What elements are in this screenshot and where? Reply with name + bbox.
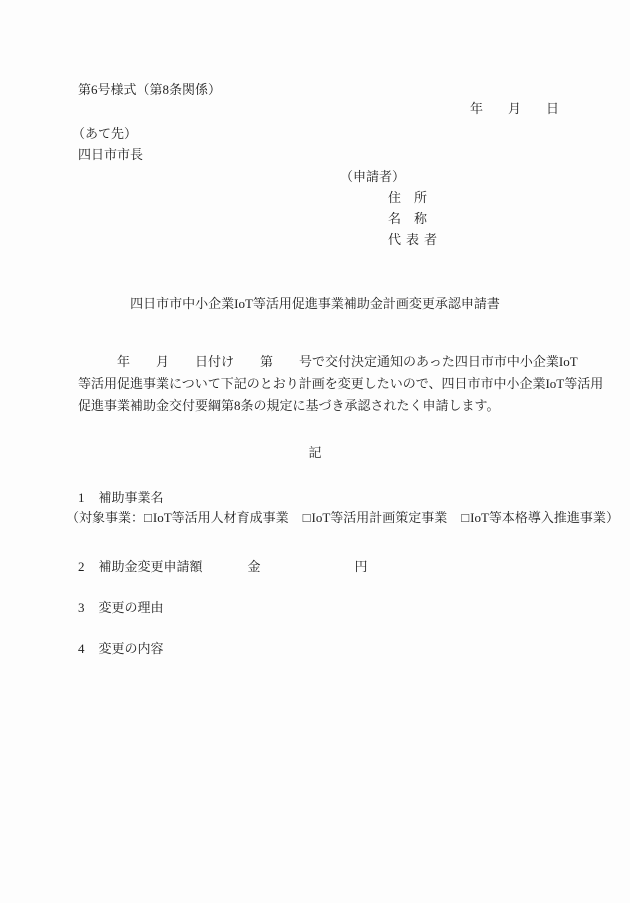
item-3-label: 変更の理由 bbox=[99, 600, 164, 616]
target-option-plan-formulation: □IoT等活用計画策定事業 bbox=[303, 510, 448, 526]
target-option-hr-development: □IoT等活用人材育成事業 bbox=[144, 510, 289, 526]
applicant-name-label: 名 称 bbox=[388, 211, 427, 227]
applicant-address-label: 住 所 bbox=[388, 190, 427, 206]
amount-prefix-label: 金 bbox=[248, 559, 261, 575]
body-paragraph-line: 等活用促進事業について下記のとおり計画を変更したいので、四日市市中小企業IoT等… bbox=[78, 373, 570, 395]
date-line: 年 月 日 bbox=[470, 101, 559, 117]
checkbox-full-introduction-icon[interactable]: □ bbox=[461, 510, 469, 525]
item-2-number: 2 bbox=[78, 559, 85, 575]
addressee-label: （あて先） bbox=[72, 126, 137, 142]
document-title: 四日市市中小企業IoT等活用促進事業補助金計画変更承認申請書 bbox=[0, 296, 630, 312]
ki-heading: 記 bbox=[0, 445, 630, 461]
target-option-full-introduction: □IoT等本格導入推進事業 bbox=[461, 510, 606, 526]
checkbox-hr-development-icon[interactable]: □ bbox=[144, 510, 152, 525]
date-month-label: 月 bbox=[508, 101, 521, 117]
body-paragraph-line: 年 月 日付け 第 号で交付決定通知のあった四日市市中小企業IoT bbox=[78, 351, 570, 373]
checkbox-plan-formulation-icon[interactable]: □ bbox=[303, 510, 311, 525]
item-2-label: 補助金変更申請額 bbox=[99, 559, 203, 575]
addressee-name: 四日市市長 bbox=[78, 147, 143, 163]
applicant-representative-label: 代表者 bbox=[388, 232, 442, 248]
target-option-label: IoT等活用計画策定事業 bbox=[312, 510, 448, 525]
item-3-number: 3 bbox=[78, 600, 85, 616]
item-4-number: 4 bbox=[78, 641, 85, 657]
item-subsidy-change-amount: 2 補助金変更申請額 金 円 bbox=[78, 559, 368, 575]
application-form-page: 第6号様式（第8条関係） 年 月 日 （あて先） 四日市市長 （申請者） 住 所… bbox=[0, 0, 630, 903]
body-paragraph: 年 月 日付け 第 号で交付決定通知のあった四日市市中小企業IoT 等活用促進事… bbox=[78, 351, 570, 417]
form-number: 第6号様式（第8条関係） bbox=[78, 82, 221, 98]
date-day-label: 日 bbox=[546, 101, 559, 117]
date-year-label: 年 bbox=[470, 101, 483, 117]
target-projects-closing: ） bbox=[606, 510, 619, 526]
item-change-reason: 3 変更の理由 bbox=[78, 600, 164, 616]
amount-unit-label: 円 bbox=[355, 559, 368, 575]
item-change-content: 4 変更の内容 bbox=[78, 641, 164, 657]
item-4-label: 変更の内容 bbox=[99, 641, 164, 657]
item-1-number: 1 bbox=[78, 490, 85, 506]
body-paragraph-line: 促進事業補助金交付要綱第8条の規定に基づき承認されたく申請します。 bbox=[78, 395, 570, 417]
target-option-label: IoT等本格導入推進事業 bbox=[470, 510, 606, 525]
item-subsidy-project-name: 1 補助事業名 bbox=[78, 490, 164, 506]
item-1-label: 補助事業名 bbox=[99, 490, 164, 506]
target-projects-opening: （対象事業： bbox=[66, 510, 144, 526]
target-projects-line: （対象事業： □IoT等活用人材育成事業 □IoT等活用計画策定事業 □IoT等… bbox=[66, 510, 619, 526]
target-option-label: IoT等活用人材育成事業 bbox=[153, 510, 289, 525]
applicant-label: （申請者） bbox=[340, 169, 405, 185]
